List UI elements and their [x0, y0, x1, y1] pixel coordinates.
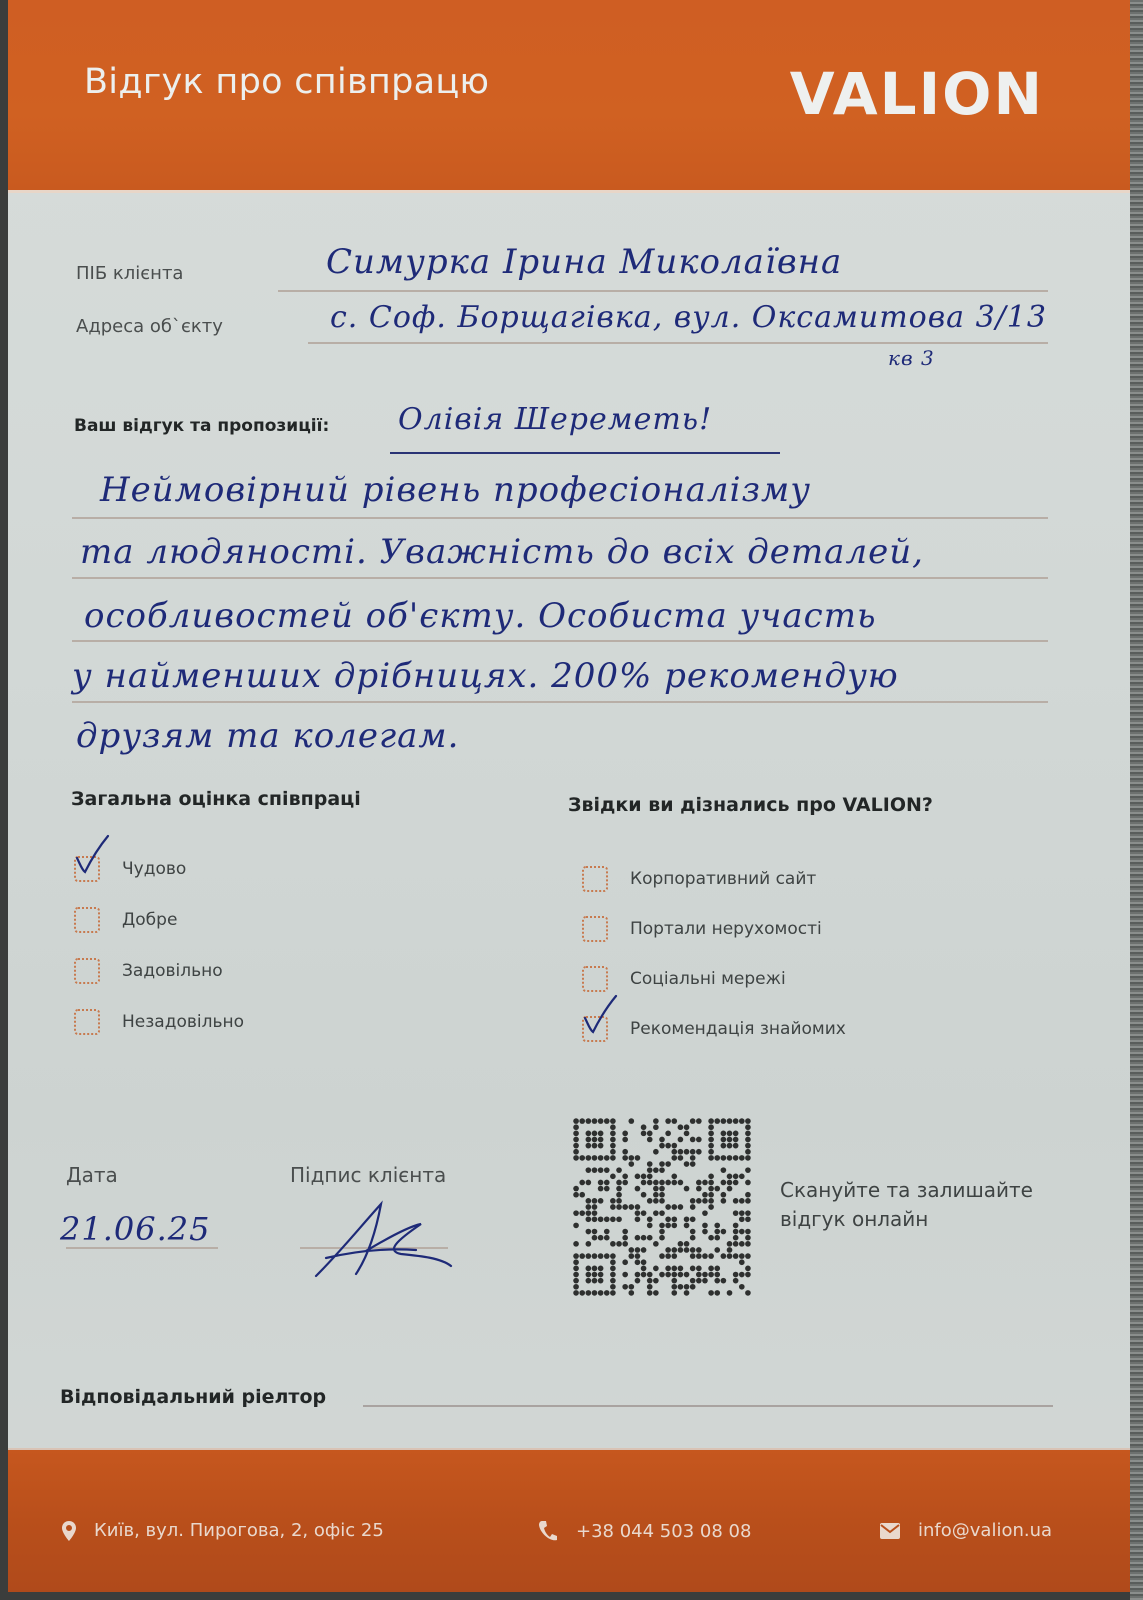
form-title: Відгук про співпрацю — [84, 62, 489, 102]
footer-phone[interactable]: +38 044 503 08 08 — [538, 1520, 751, 1542]
option-label: Рекомендація знайомих — [630, 1019, 846, 1039]
rating-title: Загальна оцінка співпраці — [71, 788, 361, 810]
footer-address: Київ, вул. Пирогова, 2, офіс 25 — [62, 1520, 384, 1541]
address-value-line2: кв 3 — [888, 346, 935, 370]
map-pin-icon — [62, 1521, 76, 1541]
source-option[interactable]: Портали нерухомості — [582, 914, 822, 944]
phone-icon — [538, 1520, 558, 1542]
realtor-label: Відповідальний ріелтор — [60, 1386, 326, 1408]
option-label: Задовільно — [122, 961, 223, 981]
checkbox[interactable] — [582, 1016, 608, 1042]
form-header: Відгук про співпрацю VALION — [8, 0, 1130, 193]
feedback-headline[interactable]: Олівія Шереметь! — [398, 402, 712, 437]
address-label: Адреса об`єкту — [76, 316, 223, 337]
feedback-form-sheet: Відгук про співпрацю VALION ПІБ клієнта … — [8, 0, 1130, 1592]
option-label: Корпоративний сайт — [630, 869, 816, 889]
signature-mark[interactable] — [296, 1196, 456, 1286]
checkbox[interactable] — [74, 907, 100, 933]
client-name-line — [278, 290, 1048, 292]
rating-option[interactable]: Задовільно — [74, 956, 223, 986]
client-name-label: ПІБ клієнта — [76, 263, 183, 284]
source-option[interactable]: Корпоративний сайт — [582, 864, 816, 894]
checkbox[interactable] — [582, 866, 608, 892]
checkbox[interactable] — [74, 856, 100, 882]
checkmark-icon — [582, 994, 618, 1034]
qr-code-icon[interactable] — [573, 1118, 751, 1296]
background-surface — [1130, 0, 1143, 1600]
option-label: Соціальні мережі — [630, 969, 786, 989]
feedback-line: особливостей об'єкту. Особиста участь — [84, 596, 876, 636]
date-value[interactable]: 21.06.25 — [60, 1210, 211, 1248]
feedback-label: Ваш відгук та пропозиції: — [74, 416, 329, 436]
option-label: Незадовільно — [122, 1012, 244, 1032]
option-label: Добре — [122, 910, 177, 930]
checkbox[interactable] — [582, 916, 608, 942]
rating-option[interactable]: Чудово — [74, 854, 186, 884]
address-value[interactable]: с. Соф. Борщагівка, вул. Оксамитова 3/13 — [330, 300, 1047, 335]
option-label: Портали нерухомості — [630, 919, 822, 939]
feedback-line: Неймовірний рівень професіоналізму — [100, 470, 811, 510]
source-option[interactable]: Рекомендація знайомих — [582, 1014, 846, 1044]
qr-caption: Скануйте та залишайте відгук онлайн — [780, 1176, 1033, 1234]
mail-icon — [880, 1523, 900, 1539]
feedback-headline-underline — [390, 452, 780, 454]
feedback-line: друзям та колегам. — [76, 716, 459, 756]
date-label: Дата — [66, 1163, 118, 1187]
source-title: Звідки ви дізнались про VALION? — [568, 794, 933, 816]
brand-logo: VALION — [790, 60, 1044, 128]
source-option[interactable]: Соціальні мережі — [582, 964, 786, 994]
checkbox[interactable] — [582, 966, 608, 992]
feedback-line: у найменших дрібницях. 200% рекомендую — [72, 656, 899, 696]
signature-label: Підпис клієнта — [290, 1163, 446, 1187]
client-name-value[interactable]: Симурка Ірина Миколаївна — [326, 242, 842, 282]
footer-email[interactable]: info@valion.ua — [880, 1520, 1052, 1541]
option-label: Чудово — [122, 859, 186, 879]
form-footer: Київ, вул. Пирогова, 2, офіс 25 +38 044 … — [8, 1448, 1130, 1592]
feedback-line: та людяності. Уважність до всіх деталей, — [80, 532, 924, 572]
checkmark-icon — [74, 834, 110, 874]
rating-option[interactable]: Незадовільно — [74, 1007, 244, 1037]
realtor-line[interactable] — [363, 1405, 1053, 1407]
checkbox[interactable] — [74, 1009, 100, 1035]
date-line — [66, 1247, 218, 1249]
address-line — [308, 342, 1048, 344]
checkbox[interactable] — [74, 958, 100, 984]
rating-option[interactable]: Добре — [74, 905, 177, 935]
